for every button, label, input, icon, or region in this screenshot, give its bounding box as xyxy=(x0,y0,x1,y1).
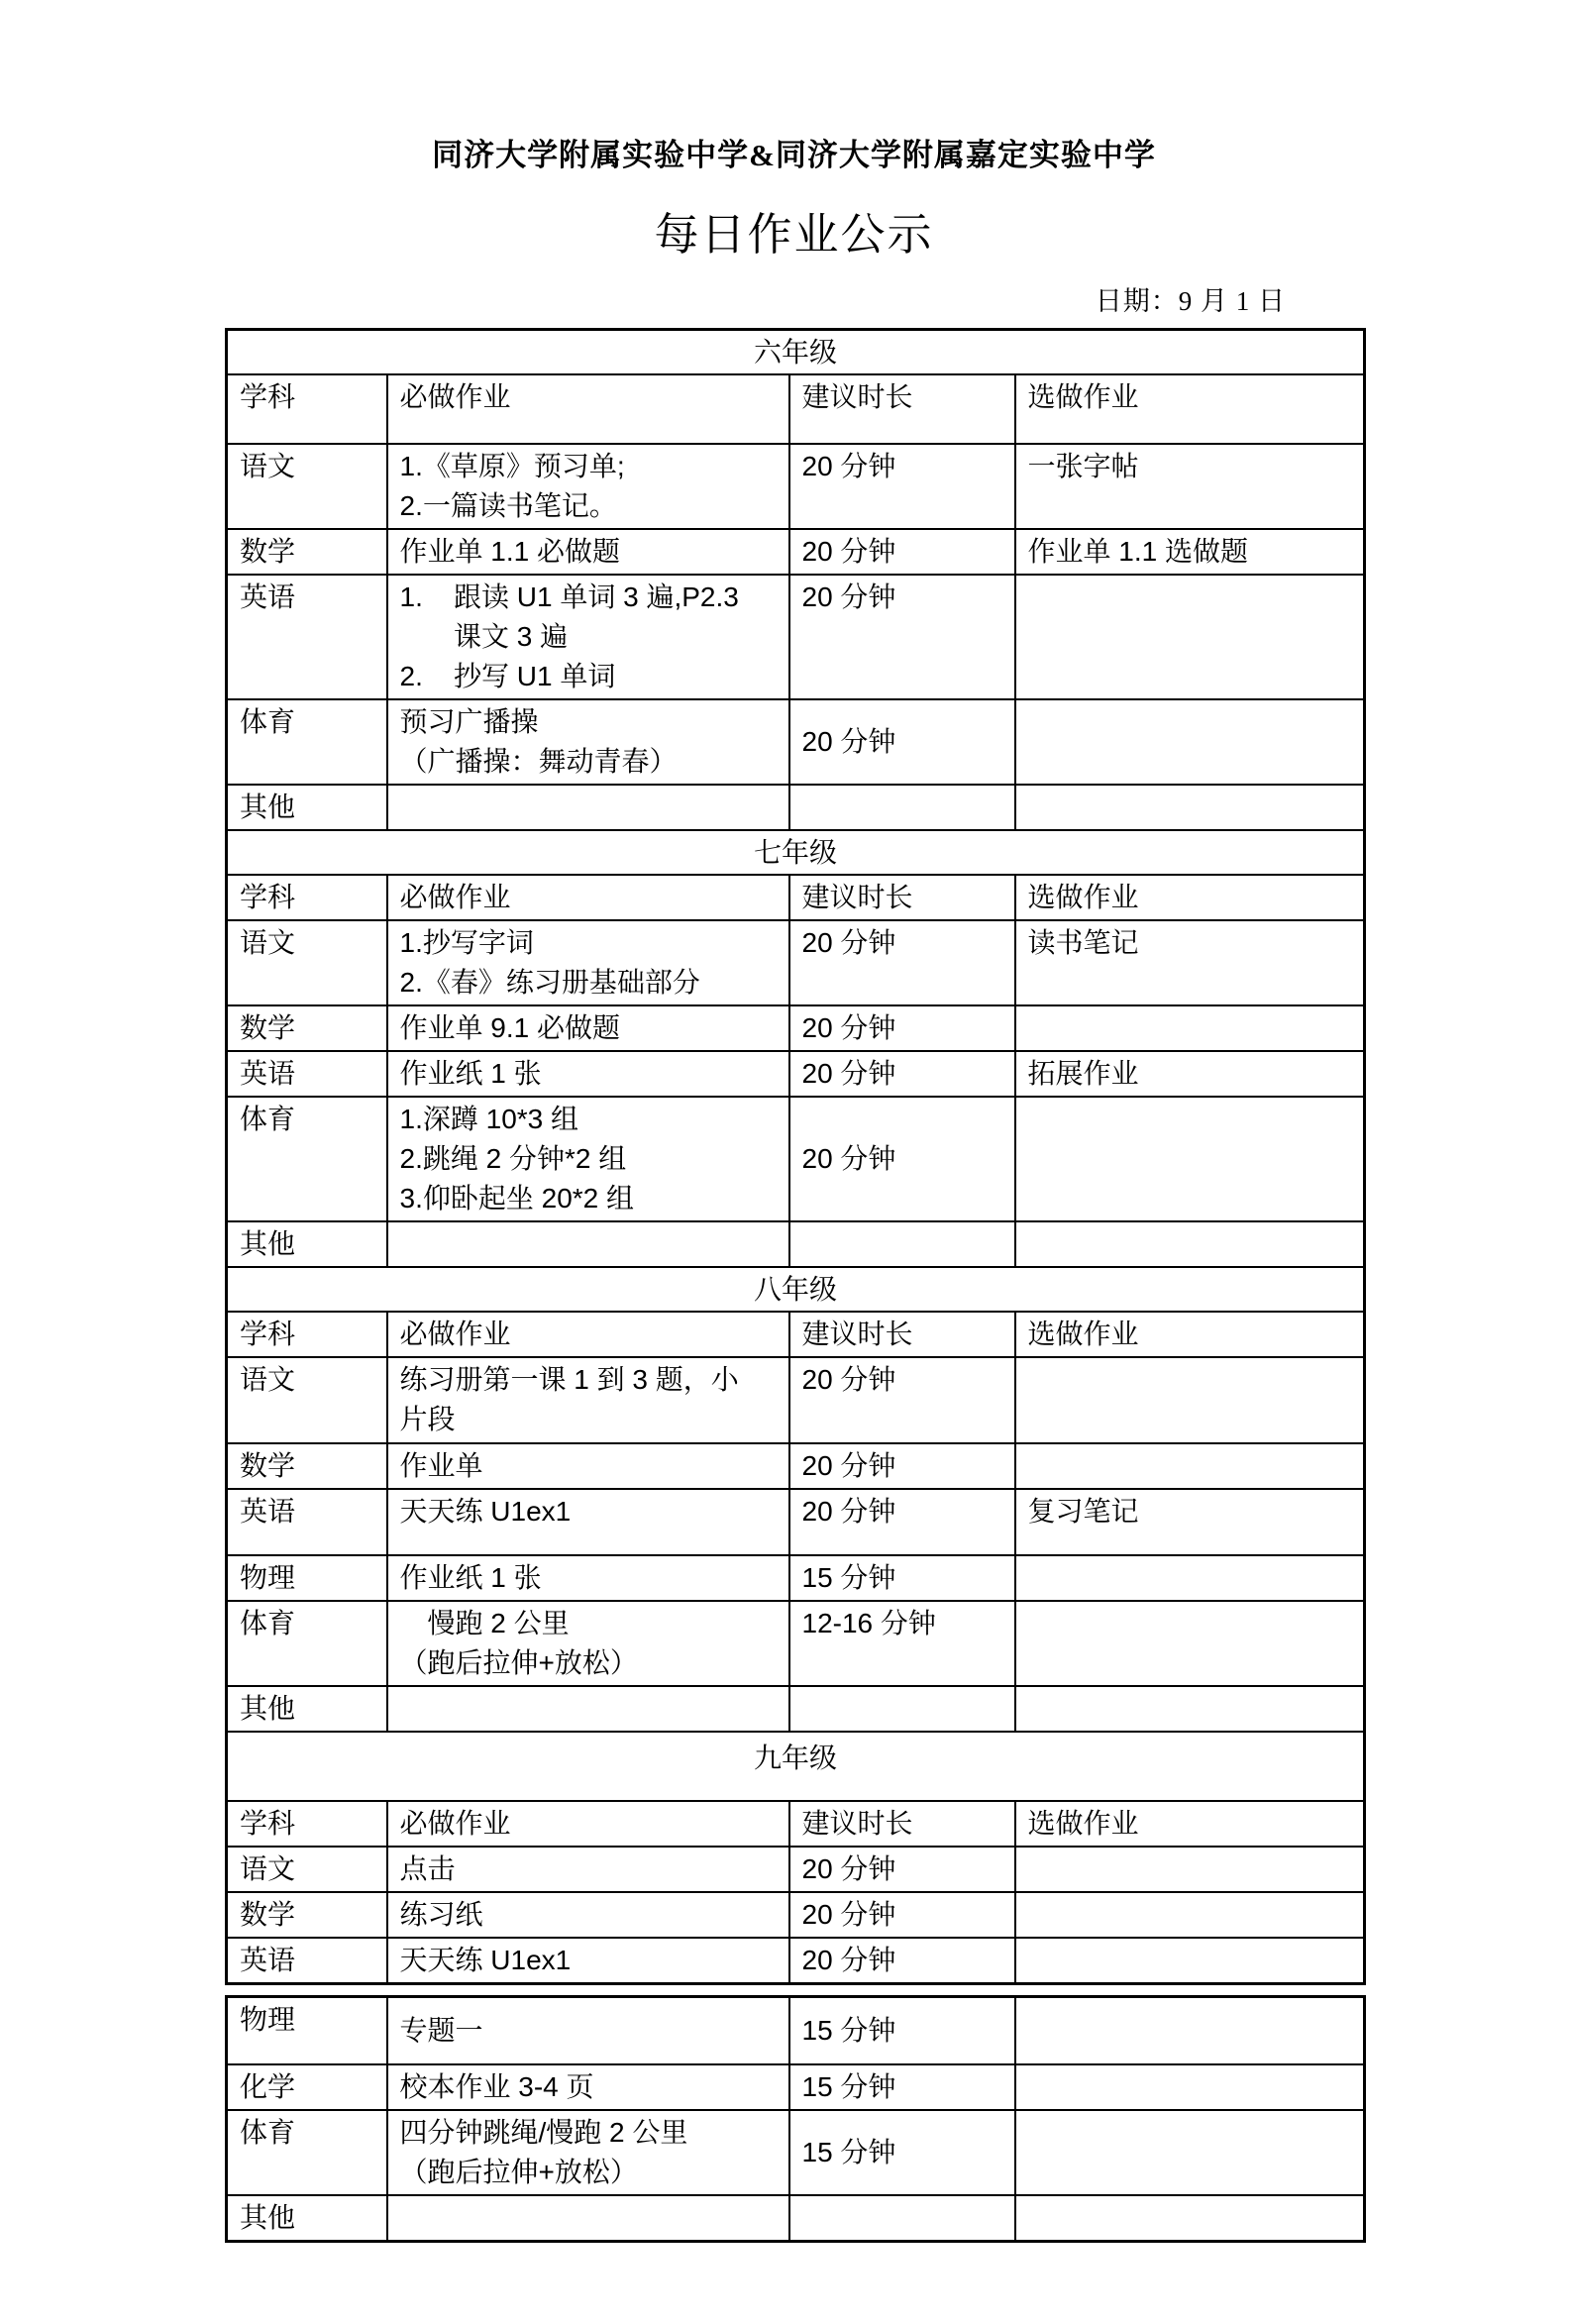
duration-cell: 20 分钟 xyxy=(789,444,1015,529)
subject-cell: 体育 xyxy=(227,1601,387,1686)
duration-cell: 15 分钟 xyxy=(789,2110,1015,2195)
subject-cell: 英语 xyxy=(227,575,387,699)
subject-cell: 物理 xyxy=(227,1555,387,1601)
subject-cell: 语文 xyxy=(227,1357,387,1443)
grade-banner: 八年级 xyxy=(227,1267,1365,1312)
duration-cell: 20 分钟 xyxy=(789,1097,1015,1221)
duration-cell: 20 分钟 xyxy=(789,529,1015,575)
table-row-physics: 物理 作业纸 1 张 15 分钟 xyxy=(227,1555,1365,1601)
subject-cell: 英语 xyxy=(227,1489,387,1555)
header-row: 学科 必做作业 建议时长 选做作业 xyxy=(227,875,1365,920)
grade-banner: 七年级 xyxy=(227,830,1365,875)
duration-cell: 20 分钟 xyxy=(789,920,1015,1005)
header-cell-subject: 学科 xyxy=(227,875,387,920)
optional-cell: 一张字帖 xyxy=(1015,444,1365,529)
subject-cell: 体育 xyxy=(227,1097,387,1221)
duration-cell xyxy=(789,785,1015,830)
required-cell xyxy=(387,1221,789,1267)
required-cell xyxy=(387,1686,789,1732)
subject-cell: 体育 xyxy=(227,2110,387,2195)
table-row-english: 英语 天天练 U1ex1 20 分钟 xyxy=(227,1938,1365,1984)
header-cell-optional: 选做作业 xyxy=(1015,1312,1365,1357)
required-cell: 天天练 U1ex1 xyxy=(387,1938,789,1984)
table-row-chinese: 语文 点击 20 分钟 xyxy=(227,1847,1365,1892)
duration-cell: 15 分钟 xyxy=(789,1997,1015,2064)
optional-cell xyxy=(1015,1601,1365,1686)
table-row-pe: 体育 预习广播操 （广播操：舞动青春） 20 分钟 xyxy=(227,699,1365,785)
header-cell-required: 必做作业 xyxy=(387,374,789,444)
required-cell: 天天练 U1ex1 xyxy=(387,1489,789,1555)
optional-cell: 拓展作业 xyxy=(1015,1051,1365,1097)
duration-cell: 20 分钟 xyxy=(789,1489,1015,1555)
optional-cell: 读书笔记 xyxy=(1015,920,1365,1005)
required-cell: 点击 xyxy=(387,1847,789,1892)
required-cell: 作业纸 1 张 xyxy=(387,1051,789,1097)
required-cell: 1.《草原》预习单; 2.一篇读书笔记。 xyxy=(387,444,789,529)
optional-cell xyxy=(1015,1938,1365,1984)
duration-cell: 15 分钟 xyxy=(789,2064,1015,2110)
optional-cell xyxy=(1015,785,1365,830)
subject-cell: 其他 xyxy=(227,1686,387,1732)
required-cell: 作业单 1.1 必做题 xyxy=(387,529,789,575)
optional-cell xyxy=(1015,2110,1365,2195)
table-row-english: 英语 天天练 U1ex1 20 分钟 复习笔记 xyxy=(227,1489,1365,1555)
grade-banner: 六年级 xyxy=(227,330,1365,375)
header-cell-duration: 建议时长 xyxy=(789,374,1015,444)
required-cell: 练习纸 xyxy=(387,1892,789,1938)
optional-cell xyxy=(1015,1221,1365,1267)
duration-cell: 20 分钟 xyxy=(789,1443,1015,1489)
page-title: 每日作业公示 xyxy=(225,209,1363,261)
required-cell: 专题一 xyxy=(387,1997,789,2064)
table-row-other: 其他 xyxy=(227,1686,1365,1732)
duration-cell: 20 分钟 xyxy=(789,575,1015,699)
table-row-pe: 体育 四分钟跳绳/慢跑 2 公里 （跑后拉伸+放松） 15 分钟 xyxy=(227,2110,1365,2195)
required-cell: 校本作业 3-4 页 xyxy=(387,2064,789,2110)
homework-table: 六年级 学科 必做作业 建议时长 选做作业 语文 1.《草原》预习单; 2.一篇… xyxy=(225,328,1366,1985)
required-cell: 作业纸 1 张 xyxy=(387,1555,789,1601)
table-row-math: 数学 作业单 1.1 必做题 20 分钟 作业单 1.1 选做题 xyxy=(227,529,1365,575)
required-cell xyxy=(387,785,789,830)
table-row-other: 其他 xyxy=(227,2195,1365,2242)
table-row-english: 英语 1. 跟读 U1 单词 3 遍,P2.3 课文 3 遍 2. 抄写 U1 … xyxy=(227,575,1365,699)
subject-cell: 语文 xyxy=(227,920,387,1005)
subject-cell: 其他 xyxy=(227,1221,387,1267)
header-cell-optional: 选做作业 xyxy=(1015,1801,1365,1847)
header-cell-subject: 学科 xyxy=(227,374,387,444)
subject-cell: 物理 xyxy=(227,1997,387,2064)
optional-cell xyxy=(1015,1847,1365,1892)
optional-cell xyxy=(1015,2195,1365,2242)
header-cell-duration: 建议时长 xyxy=(789,1312,1015,1357)
subject-cell: 体育 xyxy=(227,699,387,785)
subject-cell: 数学 xyxy=(227,1892,387,1938)
header-cell-subject: 学科 xyxy=(227,1312,387,1357)
required-cell: 1.抄写字词 2.《春》练习册基础部分 xyxy=(387,920,789,1005)
duration-cell: 20 分钟 xyxy=(789,1938,1015,1984)
optional-cell xyxy=(1015,1443,1365,1489)
optional-cell: 作业单 1.1 选做题 xyxy=(1015,529,1365,575)
header-row: 学科 必做作业 建议时长 选做作业 xyxy=(227,374,1365,444)
school-title: 同济大学附属实验中学&同济大学附属嘉定实验中学 xyxy=(225,136,1363,175)
required-cell: 预习广播操 （广播操：舞动青春） xyxy=(387,699,789,785)
header-cell-required: 必做作业 xyxy=(387,1801,789,1847)
optional-cell xyxy=(1015,1357,1365,1443)
duration-cell: 20 分钟 xyxy=(789,1357,1015,1443)
optional-cell xyxy=(1015,1097,1365,1221)
optional-cell xyxy=(1015,699,1365,785)
date-label: 日期：9 月 1 日 xyxy=(225,286,1363,316)
duration-cell xyxy=(789,2195,1015,2242)
table-row-chinese: 语文 1.《草原》预习单; 2.一篇读书笔记。 20 分钟 一张字帖 xyxy=(227,444,1365,529)
subject-cell: 数学 xyxy=(227,1005,387,1051)
optional-cell xyxy=(1015,1686,1365,1732)
optional-cell xyxy=(1015,1997,1365,2064)
header-cell-required: 必做作业 xyxy=(387,1312,789,1357)
subject-cell: 其他 xyxy=(227,785,387,830)
required-cell: 作业单 xyxy=(387,1443,789,1489)
header-cell-optional: 选做作业 xyxy=(1015,374,1365,444)
header-row: 学科 必做作业 建议时长 选做作业 xyxy=(227,1312,1365,1357)
optional-cell xyxy=(1015,1005,1365,1051)
grade-banner-row: 八年级 xyxy=(227,1267,1365,1312)
table-row-math: 数学 练习纸 20 分钟 xyxy=(227,1892,1365,1938)
subject-cell: 语文 xyxy=(227,444,387,529)
subject-cell: 语文 xyxy=(227,1847,387,1892)
optional-cell xyxy=(1015,2064,1365,2110)
header-cell-duration: 建议时长 xyxy=(789,1801,1015,1847)
table-row-math: 数学 作业单 9.1 必做题 20 分钟 xyxy=(227,1005,1365,1051)
table-row-english: 英语 作业纸 1 张 20 分钟 拓展作业 xyxy=(227,1051,1365,1097)
optional-cell xyxy=(1015,575,1365,699)
duration-cell: 20 分钟 xyxy=(789,1051,1015,1097)
grade-banner-row: 九年级 xyxy=(227,1732,1365,1801)
required-cell xyxy=(387,2195,789,2242)
grade-banner-row: 七年级 xyxy=(227,830,1365,875)
table-row-math: 数学 作业单 20 分钟 xyxy=(227,1443,1365,1489)
duration-cell: 20 分钟 xyxy=(789,1847,1015,1892)
subject-cell: 数学 xyxy=(227,1443,387,1489)
header-cell-duration: 建议时长 xyxy=(789,875,1015,920)
optional-cell xyxy=(1015,1555,1365,1601)
table-row-physics: 物理 专题一 15 分钟 xyxy=(227,1997,1365,2064)
table-row-other: 其他 xyxy=(227,1221,1365,1267)
required-cell: 练习册第一课 1 到 3 题，小 片段 xyxy=(387,1357,789,1443)
required-cell: 1.深蹲 10*3 组 2.跳绳 2 分钟*2 组 3.仰卧起坐 20*2 组 xyxy=(387,1097,789,1221)
subject-cell: 化学 xyxy=(227,2064,387,2110)
duration-cell xyxy=(789,1221,1015,1267)
table-row-chemistry: 化学 校本作业 3-4 页 15 分钟 xyxy=(227,2064,1365,2110)
table-row-pe: 体育 1.深蹲 10*3 组 2.跳绳 2 分钟*2 组 3.仰卧起坐 20*2… xyxy=(227,1097,1365,1221)
duration-cell xyxy=(789,1686,1015,1732)
table-row-pe: 体育 慢跑 2 公里 （跑后拉伸+放松） 12-16 分钟 xyxy=(227,1601,1365,1686)
table-row-other: 其他 xyxy=(227,785,1365,830)
optional-cell: 复习笔记 xyxy=(1015,1489,1365,1555)
document-page: 同济大学附属实验中学&同济大学附属嘉定实验中学 每日作业公示 日期：9 月 1 … xyxy=(225,0,1363,2243)
duration-cell: 12-16 分钟 xyxy=(789,1601,1015,1686)
duration-cell: 20 分钟 xyxy=(789,1892,1015,1938)
subject-cell: 英语 xyxy=(227,1938,387,1984)
header-cell-optional: 选做作业 xyxy=(1015,875,1365,920)
subject-cell: 其他 xyxy=(227,2195,387,2242)
header-cell-required: 必做作业 xyxy=(387,875,789,920)
optional-cell xyxy=(1015,1892,1365,1938)
header-row: 学科 必做作业 建议时长 选做作业 xyxy=(227,1801,1365,1847)
table-row-chinese: 语文 1.抄写字词 2.《春》练习册基础部分 20 分钟 读书笔记 xyxy=(227,920,1365,1005)
table-row-chinese: 语文 练习册第一课 1 到 3 题，小 片段 20 分钟 xyxy=(227,1357,1365,1443)
required-cell: 1. 跟读 U1 单词 3 遍,P2.3 课文 3 遍 2. 抄写 U1 单词 xyxy=(387,575,789,699)
duration-cell: 20 分钟 xyxy=(789,699,1015,785)
subject-cell: 数学 xyxy=(227,529,387,575)
homework-table-continued: 物理 专题一 15 分钟 化学 校本作业 3-4 页 15 分钟 体育 四分钟跳… xyxy=(225,1995,1366,2243)
grade-banner-row: 六年级 xyxy=(227,330,1365,375)
duration-cell: 20 分钟 xyxy=(789,1005,1015,1051)
required-cell: 作业单 9.1 必做题 xyxy=(387,1005,789,1051)
required-cell: 慢跑 2 公里 （跑后拉伸+放松） xyxy=(387,1601,789,1686)
grade-banner: 九年级 xyxy=(227,1732,1365,1801)
required-cell: 四分钟跳绳/慢跑 2 公里 （跑后拉伸+放松） xyxy=(387,2110,789,2195)
duration-cell: 15 分钟 xyxy=(789,1555,1015,1601)
header-cell-subject: 学科 xyxy=(227,1801,387,1847)
subject-cell: 英语 xyxy=(227,1051,387,1097)
